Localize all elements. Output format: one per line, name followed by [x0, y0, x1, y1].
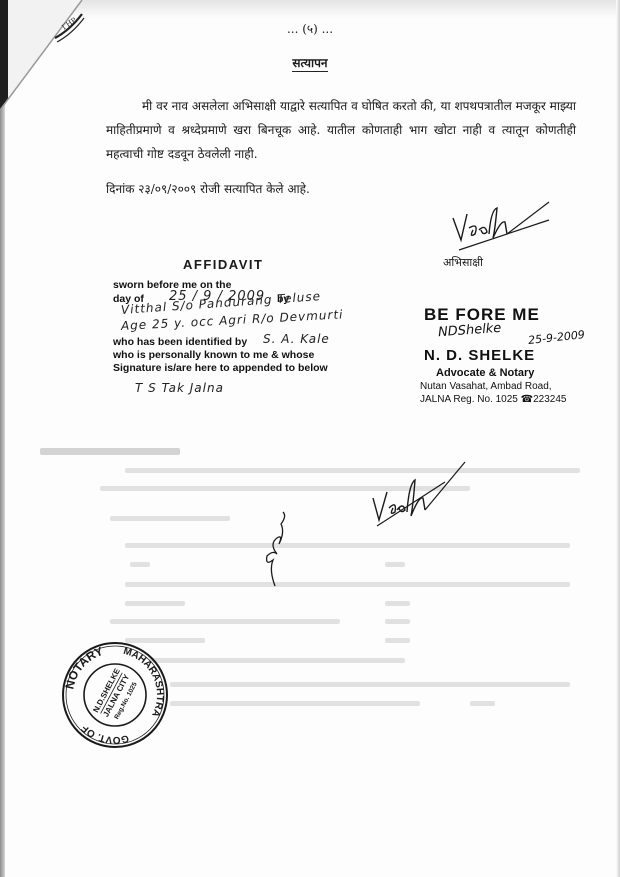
affidavit-handwritten-identifier: S. A. Kale: [263, 332, 330, 346]
svg-text:NOTARY: NOTARY: [62, 644, 105, 690]
witness-signature-icon: [255, 510, 295, 590]
page-number: ... (५) ...: [0, 20, 620, 37]
affidavit-handwritten-footer: T S Tak Jalna: [135, 381, 224, 395]
affidavit-known-line: who is personally known to me & whose: [113, 349, 314, 361]
affidavit-signature-line: Signature is/are here to appended to bel…: [113, 362, 328, 374]
verification-paragraph: मी वर नाव असलेला अभिसाक्षी याद्वारे सत्य…: [106, 94, 576, 166]
affidavit-title: AFFIDAVIT: [183, 257, 263, 272]
deponent-signature-2-icon: [365, 460, 475, 530]
notary-handwritten-signature: NDShelke: [438, 321, 502, 340]
heading-verification: सत्यापन: [0, 54, 620, 71]
notary-address: Nutan Vasahat, Ambad Road,: [420, 381, 552, 392]
affidavit-identified-line: who has been identified by: [113, 336, 247, 348]
notary-seal-icon: NOTARY MAHARASHTRA GOVT. OF N.D.SHELKE J…: [60, 640, 170, 750]
verification-date: दिनांक २३/०९/२००९ रोजी सत्यापित केले आहे…: [106, 180, 310, 197]
signatory-label: अभिसाक्षी: [443, 255, 483, 270]
document-page: ΓΗΡ ... (५) ... सत्यापन मी वर नाव असलेला…: [0, 0, 620, 877]
scan-edge-left: [0, 90, 5, 877]
notary-registration: JALNA Reg. No. 1025 ☎223245: [420, 394, 566, 405]
deponent-signature-icon: [445, 200, 555, 260]
scan-edge-right: [616, 0, 620, 877]
notary-handwritten-date: 25-9-2009: [527, 328, 585, 347]
notary-name: N. D. SHELKE: [424, 347, 535, 364]
scan-shadow-top: [0, 0, 620, 18]
notary-title: Advocate & Notary: [436, 367, 534, 379]
